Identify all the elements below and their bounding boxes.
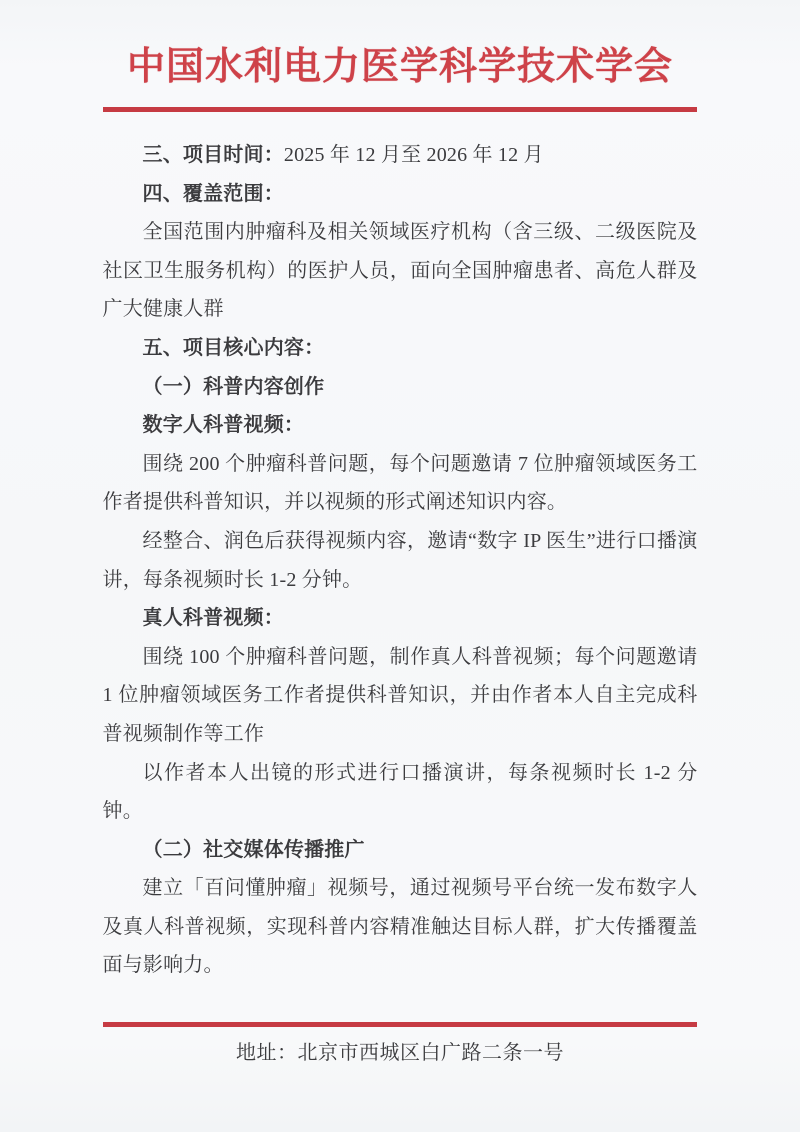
document-body: 三、项目时间：2025 年 12 月至 2026 年 12 月 四、覆盖范围： …: [103, 136, 698, 985]
subsection-heading-digital-human-video: 数字人科普视频：: [103, 406, 698, 445]
section-heading-label: 三、项目时间：: [143, 144, 284, 166]
scanned-document-page: 中国水利电力医学科学技术学会 三、项目时间：2025 年 12 月至 2026 …: [0, 0, 800, 1132]
paragraph-real-person-video-1: 围绕 100 个肿瘤科普问题，制作真人科普视频；每个问题邀请 1 位肿瘤领域医务…: [103, 638, 698, 754]
section-heading-project-time: 三、项目时间：2025 年 12 月至 2026 年 12 月: [103, 136, 698, 175]
subsection-heading-content-creation: （一）科普内容创作: [103, 368, 698, 407]
section-heading-coverage: 四、覆盖范围：: [103, 175, 698, 214]
letterhead: 中国水利电力医学科学技术学会: [0, 0, 800, 112]
paragraph-digital-video-2: 经整合、润色后获得视频内容，邀请“数字 IP 医生”进行口播演讲，每条视频时长 …: [103, 522, 698, 599]
paragraph-coverage-detail: 全国范围内肿瘤科及相关领域医疗机构（含三级、二级医院及社区卫生服务机构）的医护人…: [103, 213, 698, 329]
header-rule: [103, 107, 697, 112]
section-heading-value: 2025 年 12 月至 2026 年 12 月: [284, 144, 544, 166]
paragraph-real-person-video-2: 以作者本人出镜的形式进行口播演讲，每条视频时长 1-2 分钟。: [103, 754, 698, 831]
subsection-heading-real-person-video: 真人科普视频：: [103, 599, 698, 638]
paragraph-digital-video-1: 围绕 200 个肿瘤科普问题，每个问题邀请 7 位肿瘤领域医务工作者提供科普知识…: [103, 445, 698, 522]
paragraph-social-media-detail: 建立「百问懂肿瘤」视频号，通过视频号平台统一发布数字人及真人科普视频，实现科普内…: [103, 869, 698, 985]
document-footer: 地址：北京市西城区白广路二条一号: [0, 1022, 800, 1065]
org-title: 中国水利电力医学科学技术学会: [0, 44, 800, 90]
footer-address: 地址：北京市西城区白广路二条一号: [0, 1036, 800, 1065]
section-heading-core-content: 五、项目核心内容：: [103, 329, 698, 368]
subsection-heading-social-media: （二）社交媒体传播推广: [103, 831, 698, 870]
footer-rule: [103, 1022, 697, 1027]
